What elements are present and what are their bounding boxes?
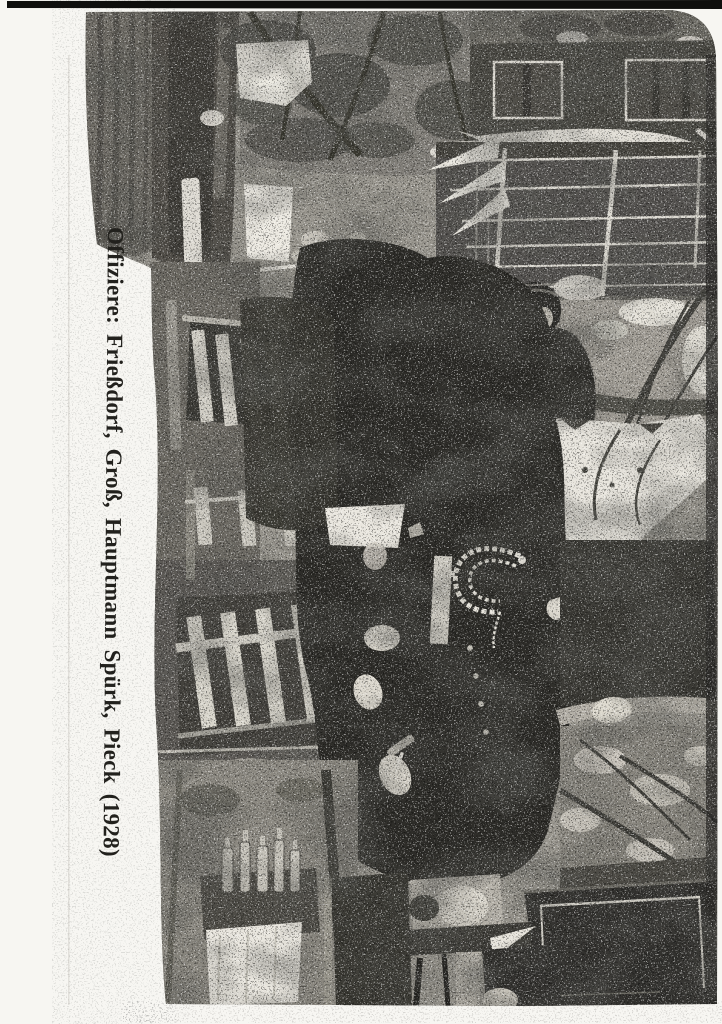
halftone-dark-speckle bbox=[80, 8, 722, 1008]
photo-caption: Offiziere: Frießdorf, Groß, Hauptmann Sp… bbox=[96, 227, 129, 857]
book-page-scan: Offiziere: Frießdorf, Groß, Hauptmann Sp… bbox=[0, 0, 722, 1024]
scan-top-bar bbox=[7, 0, 722, 9]
caption-text: Offiziere: Frießdorf, Groß, Hauptmann Sp… bbox=[99, 227, 128, 857]
photo-artwork bbox=[80, 8, 722, 1012]
